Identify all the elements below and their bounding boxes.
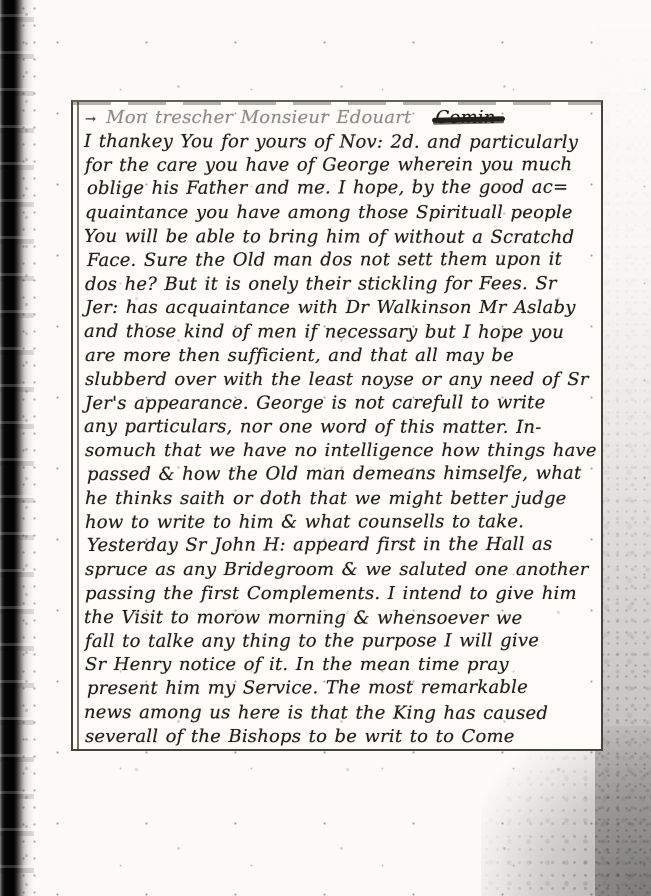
handwritten-line: severall of the Bishops to be writ to to…	[85, 725, 595, 749]
handwritten-line: the Visit to morow morning & whensoever …	[84, 606, 594, 631]
handwritten-line: and those kind of men if necessary but I…	[84, 320, 594, 345]
handwritten-line: Yesterday Sr John H: appeard first in th…	[87, 533, 597, 558]
handwritten-line: quaintance you have among those Spiritua…	[85, 201, 595, 225]
handwritten-line: passing the first Complements. I intend …	[85, 582, 595, 606]
handwritten-line: oblige his Father and me. I hope, by the…	[87, 176, 597, 201]
handwritten-line: for the care you have of George wherein …	[85, 153, 595, 178]
struck-out-word: Comin	[435, 106, 495, 130]
letter-frame: → Mon trescher Monsieur Edouart Comin I …	[71, 100, 603, 751]
letter-body: I thankey You for yours of Nov: 2d. and …	[85, 130, 595, 749]
handwritten-line: are more then sufficient, and that all m…	[85, 344, 595, 368]
handwritten-line: Face. Sure the Old man dos not sett them…	[87, 247, 597, 272]
handwritten-line: spruce as any Bridegroom & we saluted on…	[85, 558, 595, 582]
handwritten-line: passed & how the Old man demeans himself…	[87, 462, 597, 487]
margin-arrow-mark: →	[85, 108, 96, 132]
handwritten-line: slubberd over with the least noyse or an…	[85, 368, 595, 392]
salutation-line: → Mon trescher Monsieur Edouart Comin	[85, 106, 595, 130]
salutation-text: Mon trescher Monsieur Edouart	[106, 106, 411, 130]
handwritten-line: somuch that we have no intelligence how …	[85, 439, 595, 463]
handwritten-line: Jer's appearance. George is not carefull…	[85, 391, 595, 416]
scan-grain-bottom-right	[481, 726, 651, 896]
handwritten-line: news among us here is that the King has …	[84, 701, 594, 726]
handwritten-line: You will be able to bring him of without…	[84, 225, 594, 250]
handwritten-line: Jer: has acquaintance with Dr Walkinson …	[85, 296, 595, 320]
handwritten-line: he thinks saith or doth that we might be…	[85, 487, 595, 511]
handwritten-line: I thankey You for yours of Nov: 2d. and …	[84, 130, 594, 155]
handwritten-line: any particulars, nor one word of this ma…	[84, 415, 594, 440]
handwritten-line: dos he? But it is onely their stickling …	[85, 272, 595, 297]
handwritten-line: fall to talke any thing to the purpose I…	[85, 629, 595, 654]
binding-shadow-fringe	[18, 0, 36, 896]
handwritten-line: Sr Henry notice of it. In the mean time …	[85, 653, 595, 677]
handwritten-line: present him my Service. The most remarka…	[87, 676, 597, 701]
handwritten-line: how to write to him & what counsells to …	[85, 510, 595, 535]
